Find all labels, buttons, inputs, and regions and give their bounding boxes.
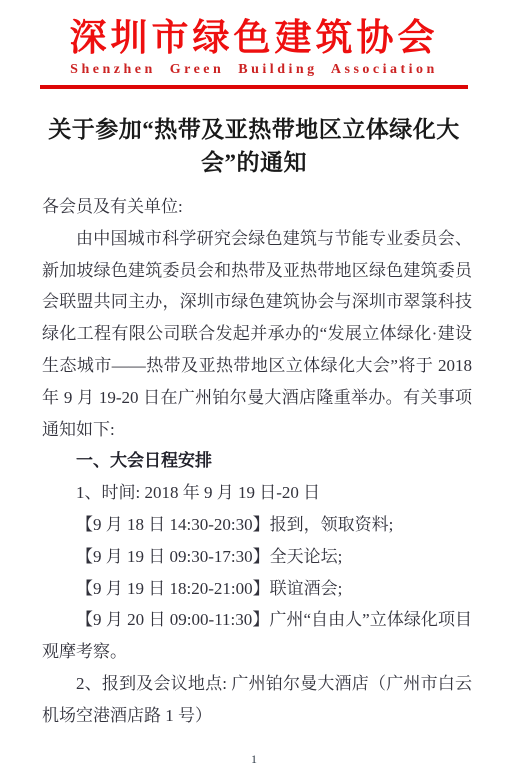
document-page: 深圳市绿色建筑协会 Shenzhen Green Building Associ… bbox=[0, 0, 508, 777]
salutation: 各会员及有关单位: bbox=[42, 191, 472, 223]
agenda-item-time: 1、时间: 2018 年 9 月 19 日-20 日 bbox=[42, 477, 472, 509]
letterhead: 深圳市绿色建筑协会 Shenzhen Green Building Associ… bbox=[0, 0, 508, 89]
schedule-line-site-visit: 【9 月 20 日 09:00-11:30】广州“自由人”立体绿化项目观摩考察。 bbox=[42, 604, 472, 668]
intro-paragraph: 由中国城市科学研究会绿色建筑与节能专业委员会、新加坡绿色建筑委员会和热带及亚热带… bbox=[42, 223, 472, 446]
org-name-chinese: 深圳市绿色建筑协会 bbox=[0, 17, 508, 59]
agenda-item-location: 2、报到及会议地点: 广州铂尔曼大酒店（广州市白云机场空港酒店路 1 号） bbox=[42, 668, 472, 732]
letterhead-divider bbox=[40, 85, 468, 89]
section-heading-agenda: 一、大会日程安排 bbox=[42, 445, 472, 477]
document-body: 各会员及有关单位: 由中国城市科学研究会绿色建筑与节能专业委员会、新加坡绿色建筑… bbox=[42, 191, 472, 732]
schedule-line-forum: 【9 月 19 日 09:30-17:30】全天论坛; bbox=[42, 541, 472, 573]
document-title: 关于参加“热带及亚热带地区立体绿化大会”的通知 bbox=[40, 113, 468, 179]
page-number: 1 bbox=[0, 752, 508, 767]
schedule-line-reception: 【9 月 19 日 18:20-21:00】联谊酒会; bbox=[42, 573, 472, 605]
org-name-english: Shenzhen Green Building Association bbox=[0, 60, 508, 80]
schedule-line-registration: 【9 月 18 日 14:30-20:30】报到，领取资料; bbox=[42, 509, 472, 541]
